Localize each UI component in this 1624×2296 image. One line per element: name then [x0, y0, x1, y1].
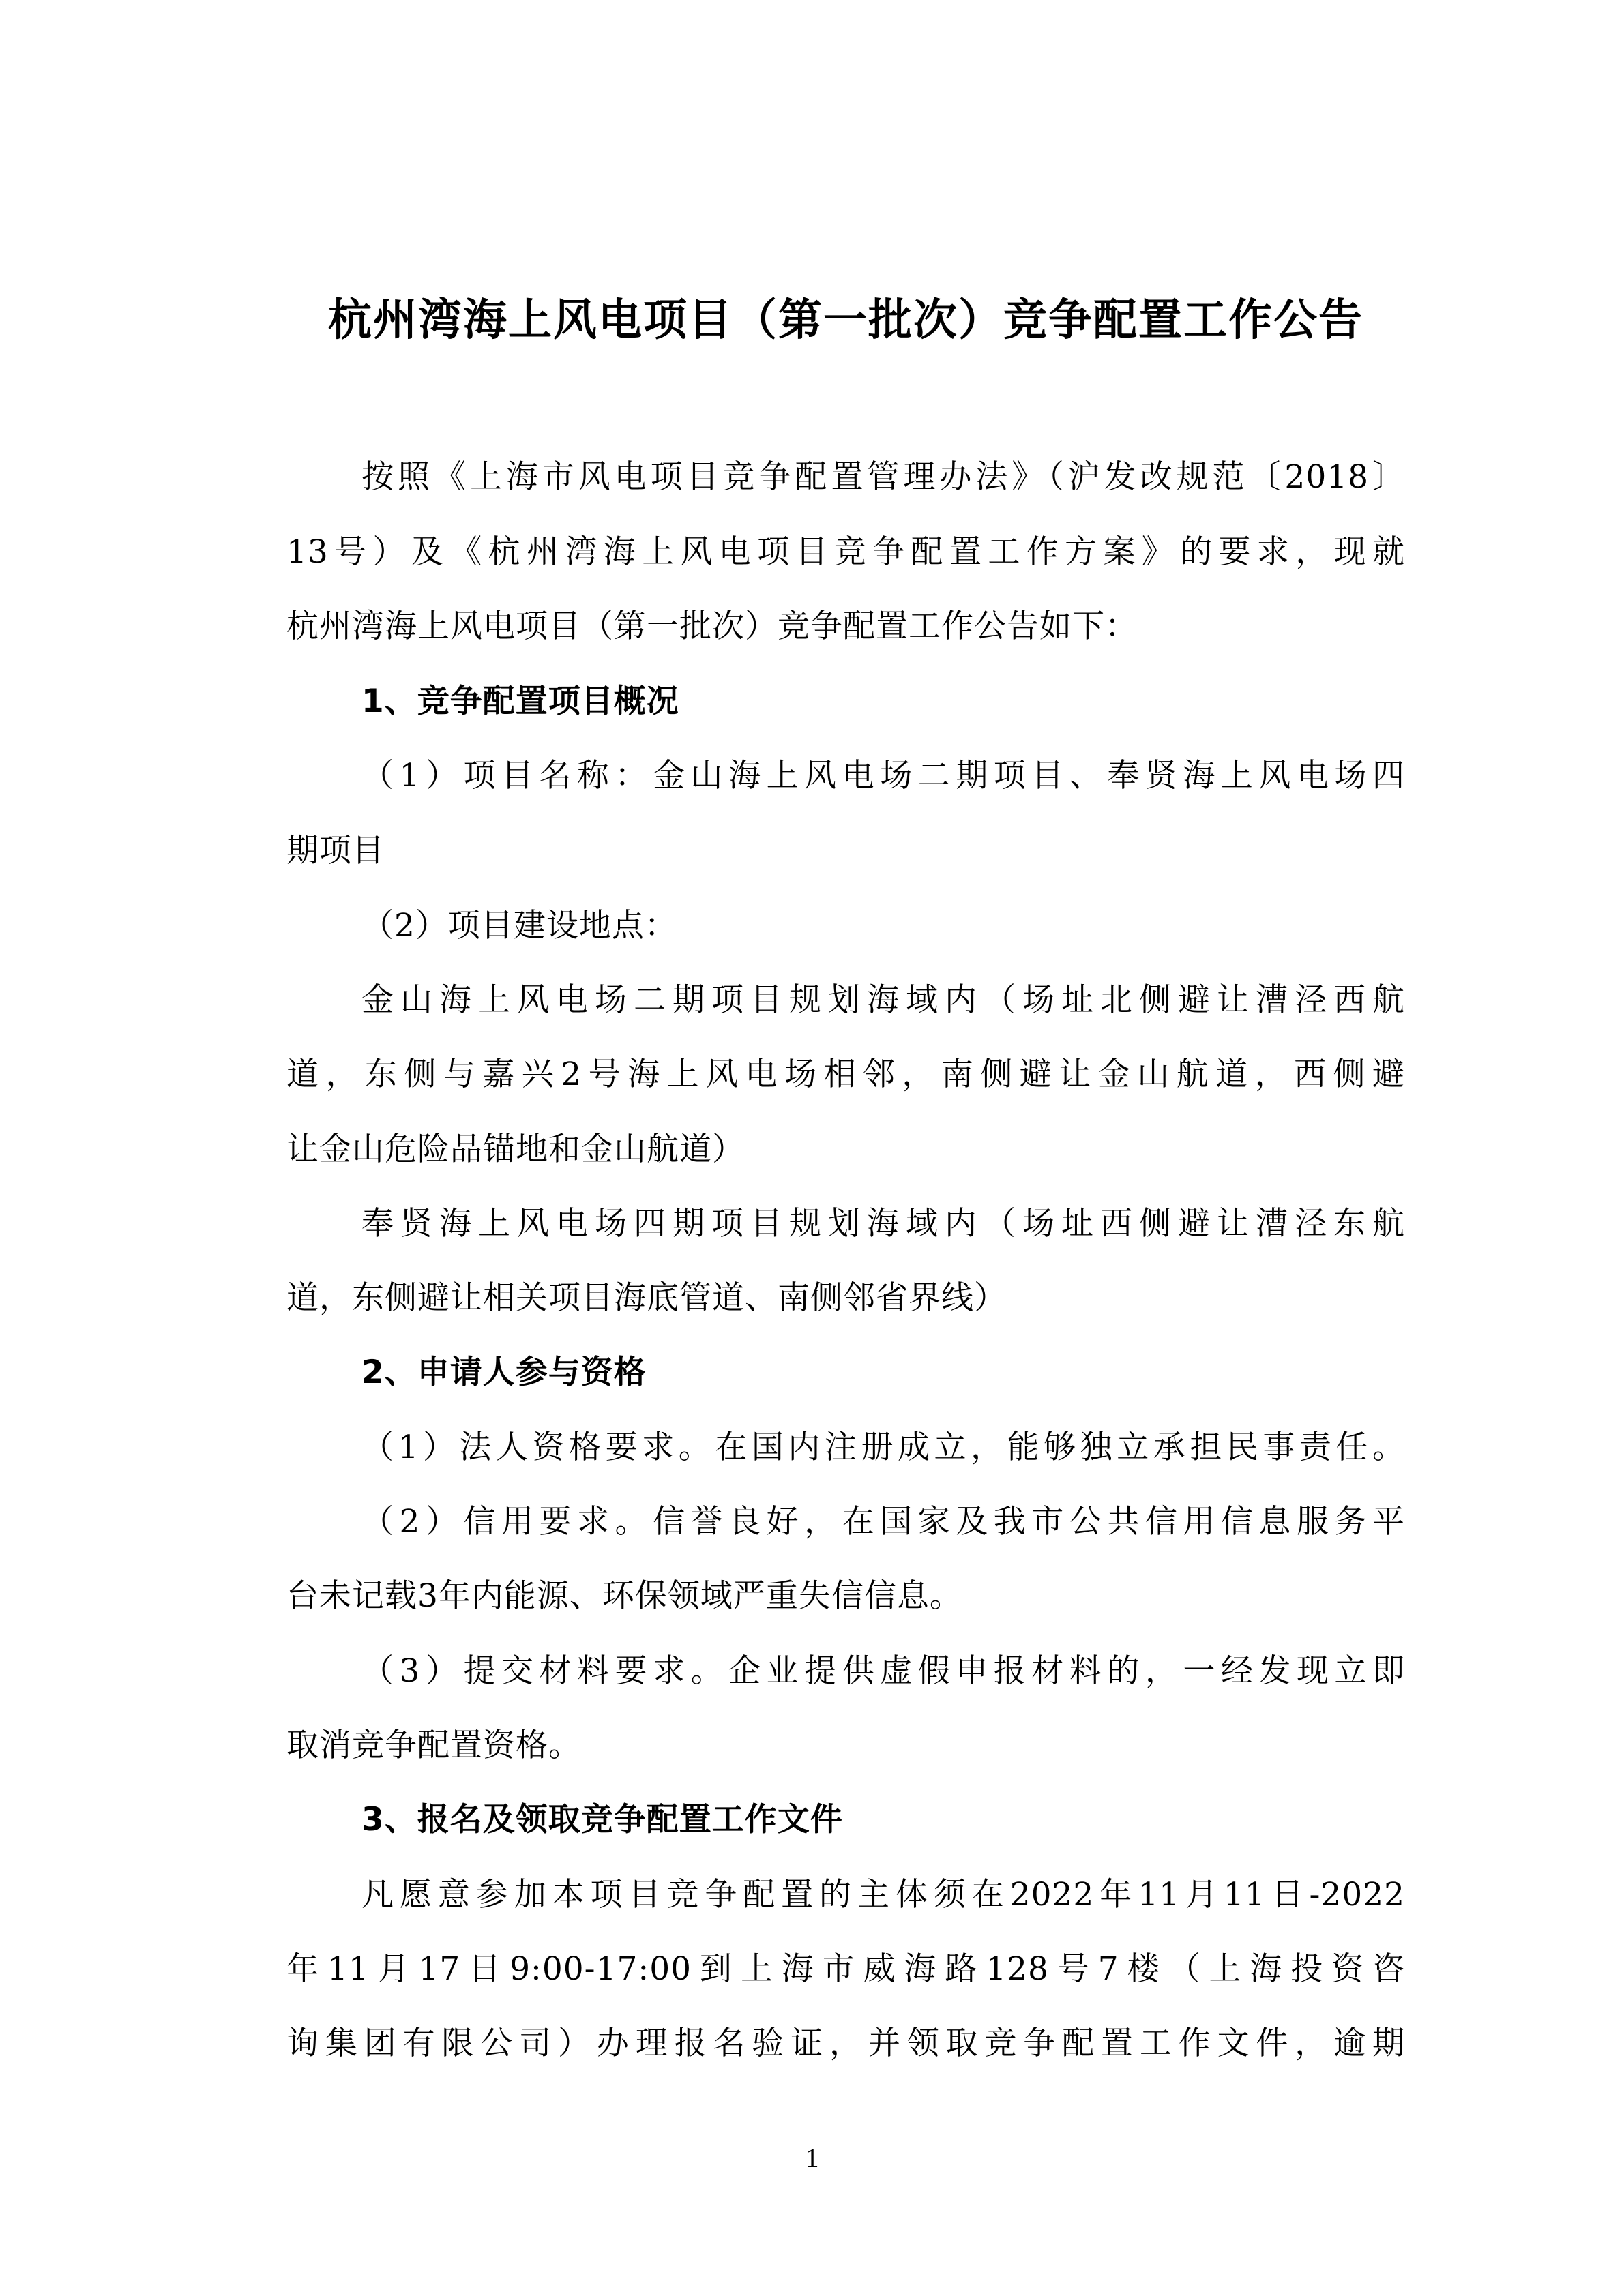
section-3-para-line-1: 凡愿意参加本项目竞争配置的主体须在2022年11月11日-2022	[361, 1871, 1405, 1919]
document-title: 杭州湾海上风电项目（第一批次）竞争配置工作公告	[286, 292, 1405, 349]
section-1-location-jinshan-line-3: 让金山危险品锚地和金山航道）	[286, 1126, 1405, 1174]
intro-line-1: 按照《上海市风电项目竞争配置管理办法》（沪发改规范〔2018〕	[361, 453, 1405, 501]
section-1-item-1-line-1: （1）项目名称：金山海上风电场二期项目、奉贤海上风电场四	[361, 752, 1405, 800]
section-1-location-fengxian-line-2: 道，东侧避让相关项目海底管道、南侧邻省界线）	[286, 1274, 1405, 1322]
document-page: 杭州湾海上风电项目（第一批次）竞争配置工作公告 按照《上海市风电项目竞争配置管理…	[0, 0, 1624, 2296]
section-1-location-jinshan-line-2: 道，东侧与嘉兴2号海上风电场相邻，南侧避让金山航道，西侧避	[286, 1051, 1405, 1099]
section-2-item-3-line-1: （3）提交材料要求。企业提供虚假申报材料的，一经发现立即	[361, 1648, 1405, 1695]
section-3-para-line-3: 询集团有限公司）办理报名验证，并领取竞争配置工作文件，逾期	[286, 2020, 1405, 2068]
intro-line-2: 13号）及《杭州湾海上风电项目竞争配置工作方案》的要求，现就	[286, 528, 1405, 576]
section-1-item-1-line-2: 期项目	[286, 827, 1405, 875]
section-1-item-2-line-1: （2）项目建设地点：	[361, 902, 1405, 950]
intro-line-3: 杭州湾海上风电项目（第一批次）竞争配置工作公告如下：	[286, 603, 1405, 651]
section-3-heading: 3、报名及领取竞争配置工作文件	[361, 1796, 1405, 1844]
section-2-item-3-line-2: 取消竞争配置资格。	[286, 1722, 1405, 1770]
section-1-heading: 1、竞争配置项目概况	[361, 678, 1405, 726]
section-2-item-2-line-2: 台未记载3年内能源、环保领域严重失信信息。	[286, 1572, 1405, 1620]
section-3-para-line-2: 年11月17日9:00-17:00到上海市威海路128号7楼（上海投资咨	[286, 1945, 1405, 1993]
section-2-item-1-line-1: （1）法人资格要求。在国内注册成立，能够独立承担民事责任。	[361, 1424, 1405, 1472]
page-number: 1	[0, 2141, 1624, 2175]
section-2-heading: 2、申请人参与资格	[361, 1349, 1405, 1397]
section-1-location-fengxian-line-1: 奉贤海上风电场四期项目规划海域内（场址西侧避让漕泾东航	[361, 1200, 1405, 1248]
section-1-location-jinshan-line-1: 金山海上风电场二期项目规划海域内（场址北侧避让漕泾西航	[361, 976, 1405, 1024]
section-2-item-2-line-1: （2）信用要求。信誉良好，在国家及我市公共信用信息服务平	[361, 1498, 1405, 1546]
